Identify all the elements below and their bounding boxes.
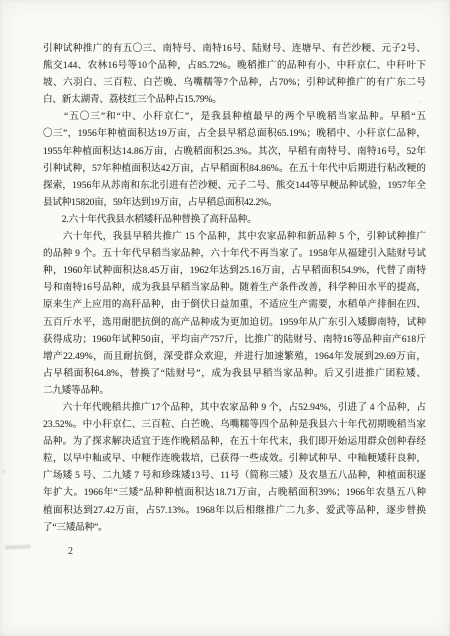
text-line: 了“三矮品种”。 [43,519,426,536]
text-line: 坡、六羽白、三百粒、白芒晚、乌嘴糯等7个品种，占70%；引种试种推广的有广东二号 [43,74,426,91]
text-line: 〇三”，1956年种植面积达19万亩，占全县早稻总面积65.19%；晚稻中、小秆… [43,125,426,142]
text-line: “五〇三”和“中、小秆京仁”，是我县种植最早的两个早晚稻当家品种。早稻“五 [43,108,426,125]
text-line: 获得成功；1960年试种50亩，平均亩产757斤，比推广的陆财号、南特16等品种… [43,331,426,348]
scan-artifact [2,470,6,473]
text-line: 种，1960年试种面积达8.45万亩，1962年达到25.16万亩，占早稻面积5… [43,262,426,279]
text-line: 23.52%。中小秆京仁、三百粒、白芒晚、乌嘴糯等四个品种是我县六十年代初期晚稻… [43,416,426,433]
text-line: 号和南特16号品种，成为我县早稻当家品种。随着生产条件改善，科学种田水平的提高， [43,279,426,296]
scan-artifact [5,544,31,549]
text-line: 占早稻面积64.8%，替换了“陆财号”，成为我县早稻当家品种。后又引进推广团粒矮… [43,365,426,382]
text-line: 2.六十年代我县水稻矮秆品种替换了高秆品种。 [43,211,426,228]
text-line: 引种试种，57年种植面积达42万亩，占早稻面积84.86%。在五十年代中后期进行… [43,160,426,177]
text-line: 的品种 9 个。五十年代早稻当家品种，六十年代不再当家了。1958年从福建引入陆… [43,245,426,262]
text-line: 六十年代，我县早稻共推广 15 个品种，其中农家品种和新品种 5 个，引种试种推… [43,228,426,245]
scan-artifact [418,101,423,103]
text-line: 熊交144、农林16号等10个品种，占85.72%。晚稻推广的品种有小、中秆京仁… [43,57,426,74]
text-line: 增产22.49%，而且耐抗倒，深受群众欢迎，并进行加速繁殖，1964年发展到29… [43,348,426,365]
scanned-document-page: 引种试种推广的有五〇三、南特号、南特16号、陆财号、连塘早、有芒沙粳、元子2号、… [0,0,450,636]
text-line: 白、新太湖青、荔枝红三个品种占15.79%。 [43,91,426,108]
text-line: 粒，以早中籼或早、中粳作连晚栽培，已获得一些成效。引种试种早、中籼粳矮秆良种， [43,450,426,467]
text-line: 品种。为了探求解决适宜于连作晚稻品种，在五十年代末，我们即开始运用群众创种春经 [43,433,426,450]
document-text-block: 引种试种推广的有五〇三、南特号、南特16号、陆财号、连塘早、有芒沙粳、元子2号、… [43,40,426,536]
text-line: 引种试种推广的有五〇三、南特号、南特16号、陆财号、连塘早、有芒沙粳、元子2号、 [43,40,426,57]
text-line: 县试种15820亩，59年达到19万亩，占早稻总面积42.2%。 [43,194,426,211]
text-line: 年扩大。1966年“三矮”品种种植面积达18.71万亩，占晚稻面积39%；196… [43,484,426,501]
text-line: 1955年种植面积达14.86万亩，占晚稻面积25.3%。其次，早稻有南特号、南… [43,143,426,160]
text-line: 广场矮 5 号、二九矮 7 号和珍珠矮13号、11号（简称三矮）及农垦五八品种，… [43,467,426,484]
text-line: 二九矮等品种。 [43,382,426,399]
page-number: 2 [68,546,73,557]
text-line: 植面积达到27.42万亩，占57.13%。1968年以后相继推广二九多、爱武等品… [43,502,426,519]
text-line: 六十年代晚稻共推广17个品种，其中农家品种 9 个，占52.94%，引进了 4 … [43,399,426,416]
text-line: 探索，1956年从苏南和东北引进有芒沙粳、元子二号、熊交144等早粳品种试验，1… [43,177,426,194]
text-line: 五百斤水平，选用耐肥抗倒的高产品种成为更加迫切。1959年从广东引入矮脚南特，试… [43,314,426,331]
text-line: 原来生产上应用的高秆品种，由于倒伏日益加重，不适应生产需要，水稻单产徘徊在四、 [43,296,426,313]
